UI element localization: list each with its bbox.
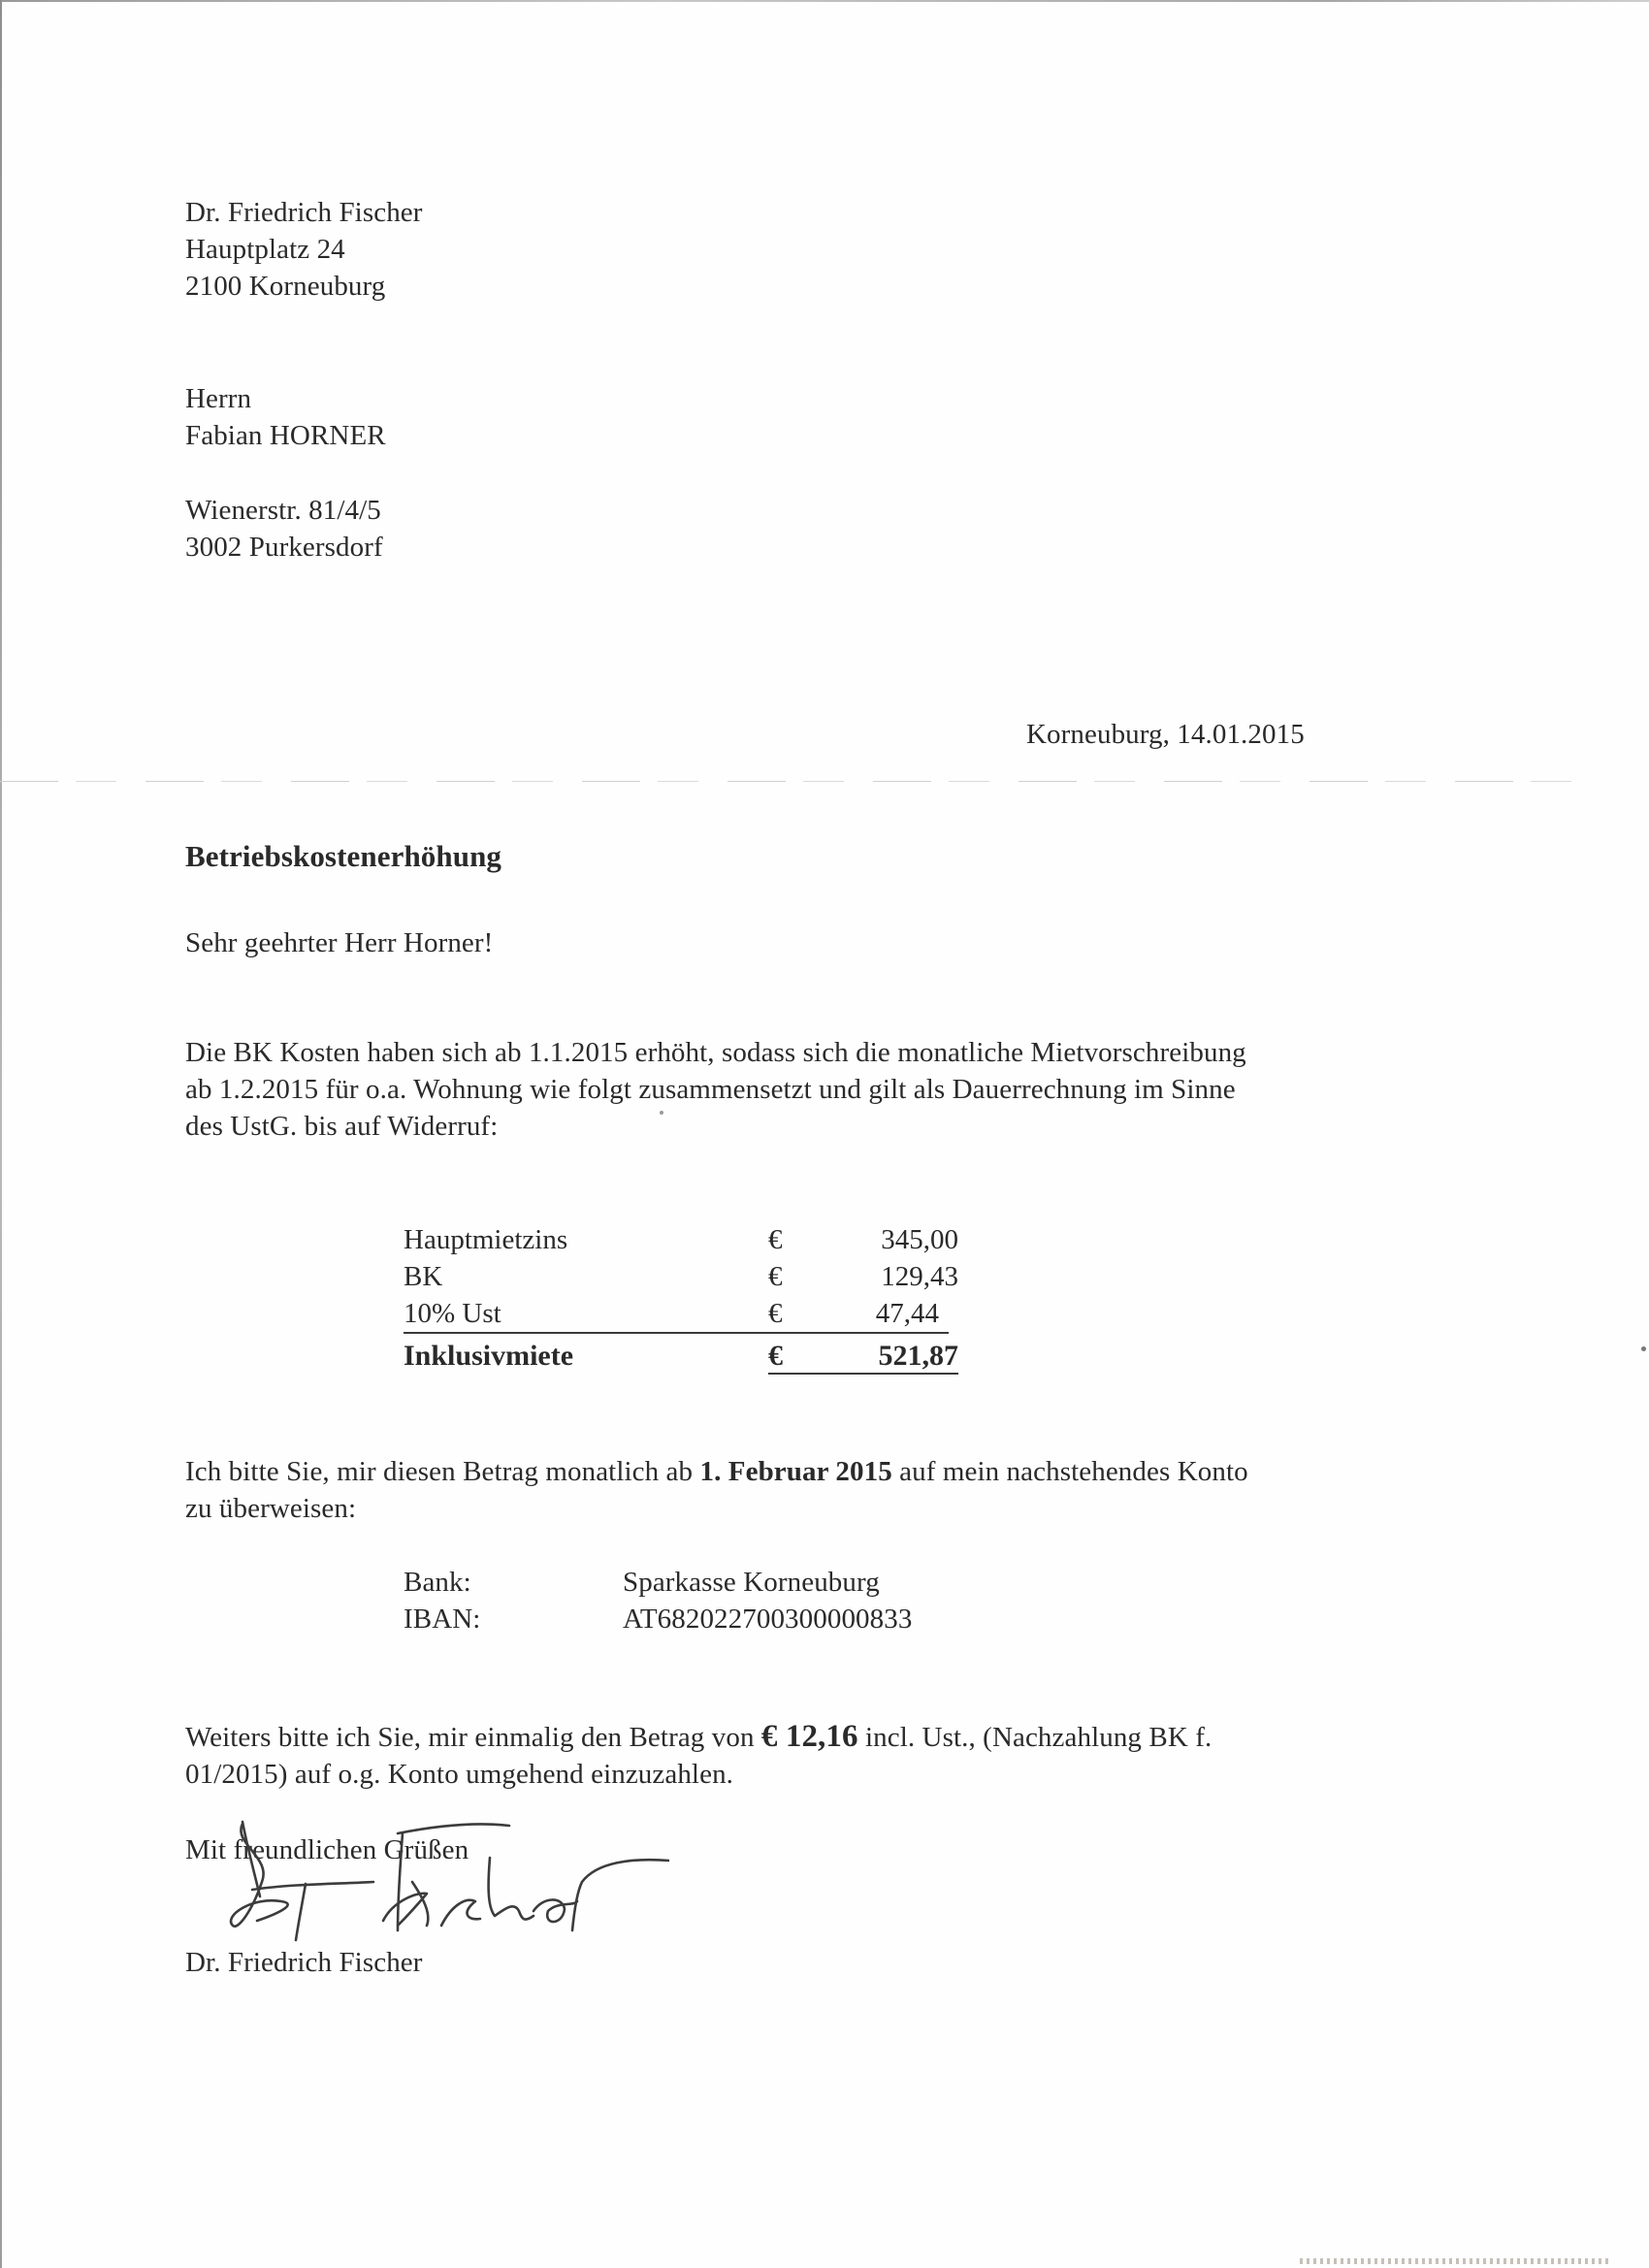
recipient-street: Wienerstr. 81/4/5 bbox=[185, 492, 383, 529]
sender-block: Dr. Friedrich Fischer Hauptplatz 24 2100… bbox=[185, 194, 423, 305]
cost-value: 47,44 bbox=[876, 1295, 939, 1332]
cost-value: 345,00 bbox=[881, 1221, 958, 1258]
recipient-salutation-line: Herrn bbox=[185, 380, 386, 417]
euro-sign: € bbox=[768, 1221, 783, 1258]
table-total-row: Inklusivmiete € 521,87 bbox=[404, 1338, 958, 1375]
iban-value: AT682022700300000833 bbox=[623, 1601, 912, 1637]
table-row: Hauptmietzins € 345,00 bbox=[404, 1221, 958, 1258]
recipient-block: Herrn Fabian HORNER bbox=[185, 380, 386, 454]
total-label: Inklusivmiete bbox=[404, 1338, 573, 1375]
text-span: Weiters bitte ich Sie, mir einmalig den … bbox=[185, 1722, 761, 1753]
paragraph-bk-increase: Die BK Kosten haben sich ab 1.1.2015 erh… bbox=[185, 1034, 1246, 1145]
text-span: Ich bitte Sie, mir diesen Betrag monatli… bbox=[185, 1456, 699, 1487]
cost-label: BK bbox=[404, 1258, 442, 1295]
paragraph-back-payment: Weiters bitte ich Sie, mir einmalig den … bbox=[185, 1718, 1212, 1793]
sender-city: 2100 Korneuburg bbox=[185, 268, 423, 305]
paragraph-line: Weiters bitte ich Sie, mir einmalig den … bbox=[185, 1718, 1212, 1756]
cost-label: Hauptmietzins bbox=[404, 1221, 567, 1258]
paragraph-line: Die BK Kosten haben sich ab 1.1.2015 erh… bbox=[185, 1034, 1246, 1071]
iban-label: IBAN: bbox=[404, 1601, 480, 1637]
table-row: 10% Ust € 47,44 bbox=[404, 1295, 949, 1334]
paragraph-line: zu überweisen: bbox=[185, 1490, 1248, 1527]
text-span: incl. Ust., (Nachzahlung BK f. bbox=[858, 1722, 1212, 1753]
table-row: BK € 129,43 bbox=[404, 1258, 958, 1295]
sender-street: Hauptplatz 24 bbox=[185, 231, 423, 268]
paragraph-line: des UstG. bis auf Widerruf: bbox=[185, 1108, 1246, 1145]
scan-edge-left bbox=[0, 0, 2, 2268]
place-date: Korneuburg, 14.01.2015 bbox=[1026, 716, 1305, 753]
handwritten-signature bbox=[213, 1804, 669, 1960]
recipient-address: Wienerstr. 81/4/5 3002 Purkersdorf bbox=[185, 492, 383, 566]
cost-label: 10% Ust bbox=[404, 1295, 501, 1332]
signer-name: Dr. Friedrich Fischer bbox=[185, 1944, 423, 1981]
start-date-emphasis: 1. Februar 2015 bbox=[699, 1456, 891, 1487]
letter-page: Dr. Friedrich Fischer Hauptplatz 24 2100… bbox=[0, 0, 1649, 2268]
recipient-city: 3002 Purkersdorf bbox=[185, 529, 383, 566]
euro-sign: € bbox=[768, 1338, 783, 1375]
paragraph-line: 01/2015) auf o.g. Konto umgehend einzuza… bbox=[185, 1756, 1212, 1793]
paragraph-line: ab 1.2.2015 für o.a. Wohnung wie folgt z… bbox=[185, 1071, 1246, 1108]
recipient-name: Fabian HORNER bbox=[185, 417, 386, 454]
bank-name: Sparkasse Korneuburg bbox=[623, 1564, 880, 1601]
subject-heading: Betriebskostenerhöhung bbox=[185, 838, 501, 875]
paragraph-payment-request: Ich bitte Sie, mir diesen Betrag monatli… bbox=[185, 1453, 1248, 1527]
scan-artifact bbox=[1300, 2258, 1610, 2264]
fold-line bbox=[0, 781, 1600, 782]
scan-edge-top bbox=[0, 0, 1649, 2]
total-underline bbox=[768, 1373, 958, 1375]
cost-value: 129,43 bbox=[881, 1258, 958, 1295]
scan-speck bbox=[1641, 1346, 1646, 1351]
rent-breakdown-table: Hauptmietzins € 345,00 BK € 129,43 10% U… bbox=[404, 1221, 958, 1375]
bank-label: Bank: bbox=[404, 1564, 471, 1601]
euro-sign: € bbox=[768, 1258, 783, 1295]
sender-name: Dr. Friedrich Fischer bbox=[185, 194, 423, 231]
total-value: 521,87 bbox=[879, 1338, 959, 1375]
salutation: Sehr geehrter Herr Horner! bbox=[185, 924, 493, 961]
back-payment-amount: € 12,16 bbox=[761, 1719, 858, 1754]
text-span: auf mein nachstehendes Konto bbox=[892, 1456, 1248, 1487]
paragraph-line: Ich bitte Sie, mir diesen Betrag monatli… bbox=[185, 1453, 1248, 1490]
euro-sign: € bbox=[768, 1295, 783, 1332]
